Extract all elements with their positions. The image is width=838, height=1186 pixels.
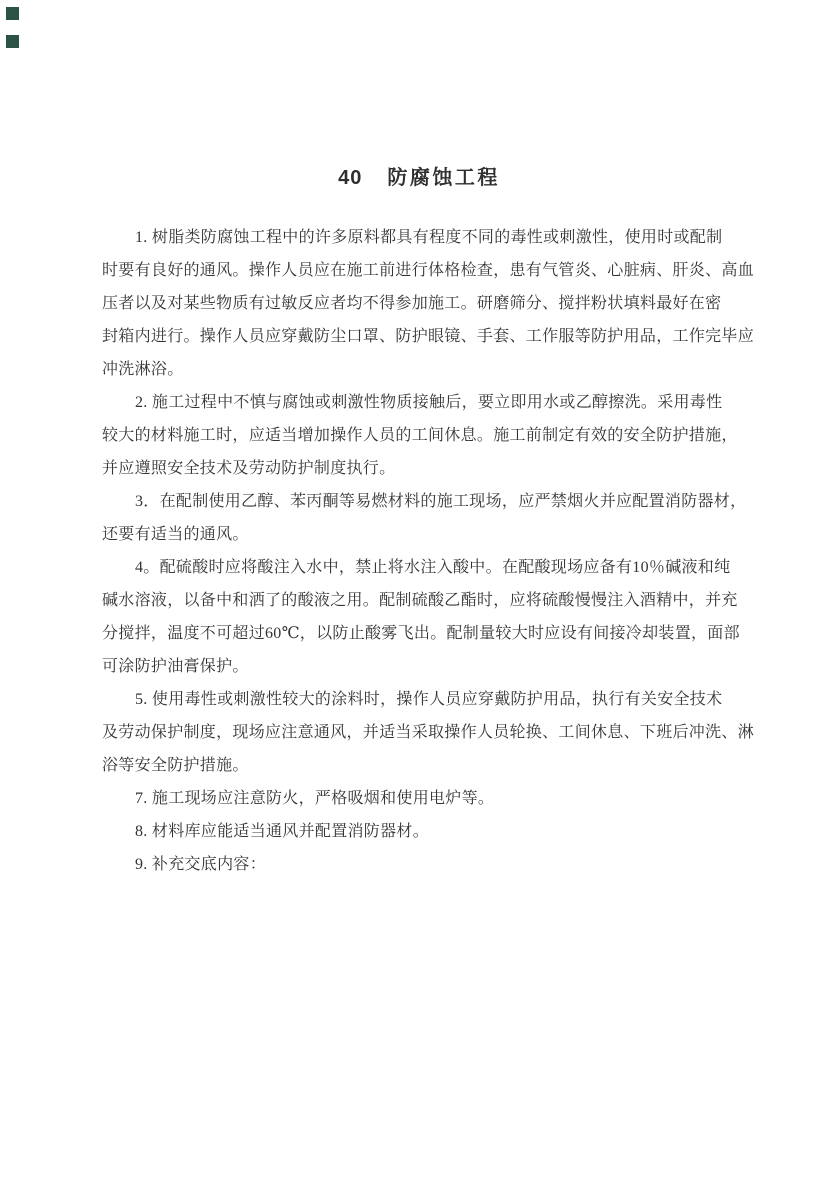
text-line: 碱水溶液，以备中和洒了的酸液之用。配制硫酸乙酯时，应将硫酸慢慢注入酒精中，并充 [102,584,750,617]
text-line: 1. 树脂类防腐蚀工程中的许多原料都具有程度不同的毒性或刺激性，使用时或配制 [102,221,750,254]
chapter-number: 40 [338,167,362,189]
text-line: 压者以及对某些物质有过敏反应者均不得参加施工。研磨筛分、搅拌粉状填料最好在密 [102,287,750,320]
text-line: 4。配硫酸时应将酸注入水中，禁止将水注入酸中。在配酸现场应备有10％碱液和纯 [102,551,750,584]
text-line: 时要有良好的通风。操作人员应在施工前进行体格检查，患有气管炎、心脏病、肝炎、高血 [102,254,750,287]
text-line: 7. 施工现场应注意防火，严格吸烟和使用电炉等。 [102,782,750,815]
text-line: 较大的材料施工时，应适当增加操作人员的工间休息。施工前制定有效的安全防护措施， [102,419,750,452]
text-line: 还要有适当的通风。 [102,518,750,551]
text-line: 9. 补充交底内容： [102,848,750,881]
text-line: 2. 施工过程中不慎与腐蚀或刺激性物质接触后，要立即用水或乙醇擦洗。采用毒性 [102,386,750,419]
text-line: 封箱内进行。操作人员应穿戴防尘口罩、防护眼镜、手套、工作服等防护用品，工作完毕应 [102,320,750,353]
text-line: 浴等安全防护措施。 [102,749,750,782]
chapter-title: 防腐蚀工程 [387,167,500,189]
text-line: 可涂防护油膏保护。 [102,650,750,683]
text-line: 并应遵照安全技术及劳动防护制度执行。 [102,452,750,485]
corner-mark-top [6,7,19,20]
text-line: 8. 材料库应能适当通风并配置消防器材。 [102,815,750,848]
page-title: 40防腐蚀工程 [0,163,838,193]
corner-mark-bottom [6,35,19,48]
document-body: 1. 树脂类防腐蚀工程中的许多原料都具有程度不同的毒性或刺激性，使用时或配制时要… [102,221,750,881]
text-line: 冲洗淋浴。 [102,353,750,386]
text-line: 3．在配制使用乙醇、苯丙酮等易燃材料的施工现场，应严禁烟火并应配置消防器材， [102,485,750,518]
document-page: 40防腐蚀工程 1. 树脂类防腐蚀工程中的许多原料都具有程度不同的毒性或刺激性，… [0,0,838,1186]
text-line: 5. 使用毒性或刺激性较大的涂料时，操作人员应穿戴防护用品，执行有关安全技术 [102,683,750,716]
text-line: 分搅拌，温度不可超过60℃，以防止酸雾飞出。配制量较大时应设有间接冷却装置，面部 [102,617,750,650]
text-line: 及劳动保护制度，现场应注意通风，并适当采取操作人员轮换、工间休息、下班后冲洗、淋 [102,716,750,749]
